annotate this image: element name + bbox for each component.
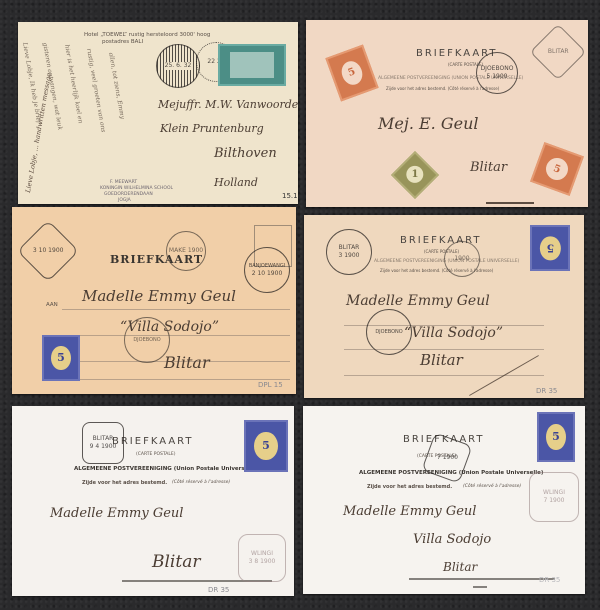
pencil-note: DR 35 (539, 576, 560, 584)
stamp-olive-1: 1 (391, 151, 439, 199)
sender-stamp-4: JOGJA (118, 198, 131, 203)
postmark-blitar: BLITAR9 4 1900 (82, 422, 124, 464)
sender-stamp-1: F. MEEWART (110, 180, 137, 185)
pencil-note: DR 35 (208, 586, 229, 594)
address-line-2: “Villa Sodojo” (404, 325, 503, 341)
address-side-note-fr: (Côté réservé à l'adresse) (463, 484, 521, 489)
stamp-blue-5-cent: 5 (42, 335, 80, 381)
stamp-green-charity (218, 44, 286, 86)
address-side-note: Zijde voor het adres bestemd. (82, 480, 167, 486)
address-line-3: Blitar (443, 560, 477, 574)
address-line-1: Madelle Emmy Geul (343, 504, 476, 519)
postmark-djoebono: DJOEBONO5 1900 (476, 52, 518, 94)
pencil-note: 15.1 (282, 192, 298, 200)
address-line-2: Blitar (152, 552, 200, 572)
address-line-3: Bilthoven (214, 146, 277, 161)
postcard-villa-sodojo-2: BRIEFKAART (CARTE POSTALE) ALGEMEENE POS… (304, 215, 584, 398)
address-line-rule (409, 578, 555, 580)
sender-stamp-2: KONINGIN WILHELMINA SCHOOL (100, 186, 173, 191)
sender-stamp-3: GOEDORDERENDAAN (104, 192, 153, 197)
address-line-3: Blitar (164, 353, 210, 372)
stamp-orange-5-upper: 5 (325, 45, 378, 102)
stamp-blue-5-cent: 5 (537, 412, 575, 462)
short-rule (473, 586, 487, 588)
postmark-blitar: BLITAR3 1900 (326, 229, 372, 275)
stamp-blue-5-cent: 5 (244, 420, 288, 472)
handwritten-message-col-3: hier is het heerlijk koel en (63, 44, 84, 124)
stamp-orange-5-lower: 5 (530, 142, 584, 196)
postcard-villa-sodojo-1: BRIEFKAART AAN 3 10 1900 MAKE 1900 BANJO… (12, 207, 296, 394)
union-line: ALGEMEENE POSTVEREENIGING (Union Postale… (74, 466, 258, 472)
handwritten-message-col-1: Lieve Lobje, Ik heb je brief (21, 42, 42, 124)
postmark-banjoewangi: BANJOEWANGI2 10 1900 (244, 247, 290, 293)
postmark-blitar: 3 10 1900 (17, 220, 79, 282)
postmark-make: MAKE 1900 (166, 231, 206, 271)
stamp-blue-5: 5 (530, 225, 570, 271)
pencil-note: DPL 15 (258, 381, 283, 389)
postmark-1900: 1900 (444, 241, 480, 277)
address-line-1: Madelle Emmy Geul (82, 287, 236, 305)
address-line-2: Blitar (470, 160, 507, 175)
postcard-mej-geul: BRIEFKAART (CARTE POSTALE) ALGEMEENE POS… (306, 20, 588, 207)
address-line-1: Madelle Emmy Geul (346, 293, 490, 309)
address-line-1: Mejuffr. M.W. Vanwoorden (158, 98, 298, 111)
postcard-blitar-white-1: BRIEFKAART (CARTE POSTALE) ALGEMEENE POS… (12, 406, 294, 596)
stamp-scene-icon (230, 52, 275, 79)
address-line-rule-1 (62, 309, 290, 310)
address-line-2: “Villa Sodojo” (120, 319, 219, 335)
pencil-note: DR 35 (536, 387, 557, 395)
address-line-2: Villa Sodojo (413, 532, 491, 547)
postcard-hotel-toewel: Lieve Lobje, ... handwritten message Lie… (18, 22, 298, 204)
postmark-wlingi: WLINGI3 8 1900 (238, 534, 286, 582)
address-line-3: Blitar (420, 351, 463, 369)
address-side-note-fr: (Côté réservé à l'adresse) (172, 480, 230, 485)
address-line-1: Mej. E. Geul (378, 114, 479, 133)
address-line-2: Klein Pruntenburg (160, 122, 264, 135)
card-title: BRIEFKAART (112, 436, 194, 447)
address-line-rule-2 (62, 335, 290, 336)
postcard-blitar-white-2: BRIEFKAART (CARTE POSTALE) ALGEMEENE POS… (303, 406, 585, 594)
card-subtitle: (CARTE POSTALE) (136, 452, 176, 457)
hotel-header-line-1: Hotel „TOEWEL” rustig hersteloord 3000' … (84, 32, 210, 38)
aan-label: AAN (46, 302, 58, 308)
underline (486, 202, 534, 204)
postmark-wlingi: WLINGI7 1900 (529, 472, 579, 522)
hotel-header-line-2: postadres BALI (102, 39, 143, 45)
address-line-1: Madelle Emmy Geul (50, 506, 183, 521)
postmark-blitar: BLITAR (530, 24, 587, 81)
address-line-rule-4 (62, 379, 290, 380)
address-line-4: Holland (214, 176, 258, 189)
handwritten-message-col-5: allen, tot ziens, Emmy (107, 52, 126, 120)
handwritten-message-col-4: rustig, veel groeten van ons (85, 48, 107, 133)
address-side-note: Zijde voor het adres bestemd. (367, 484, 452, 490)
postmark-circle: 25. 6. 32 (156, 44, 200, 88)
address-line-rule-3 (344, 375, 544, 376)
